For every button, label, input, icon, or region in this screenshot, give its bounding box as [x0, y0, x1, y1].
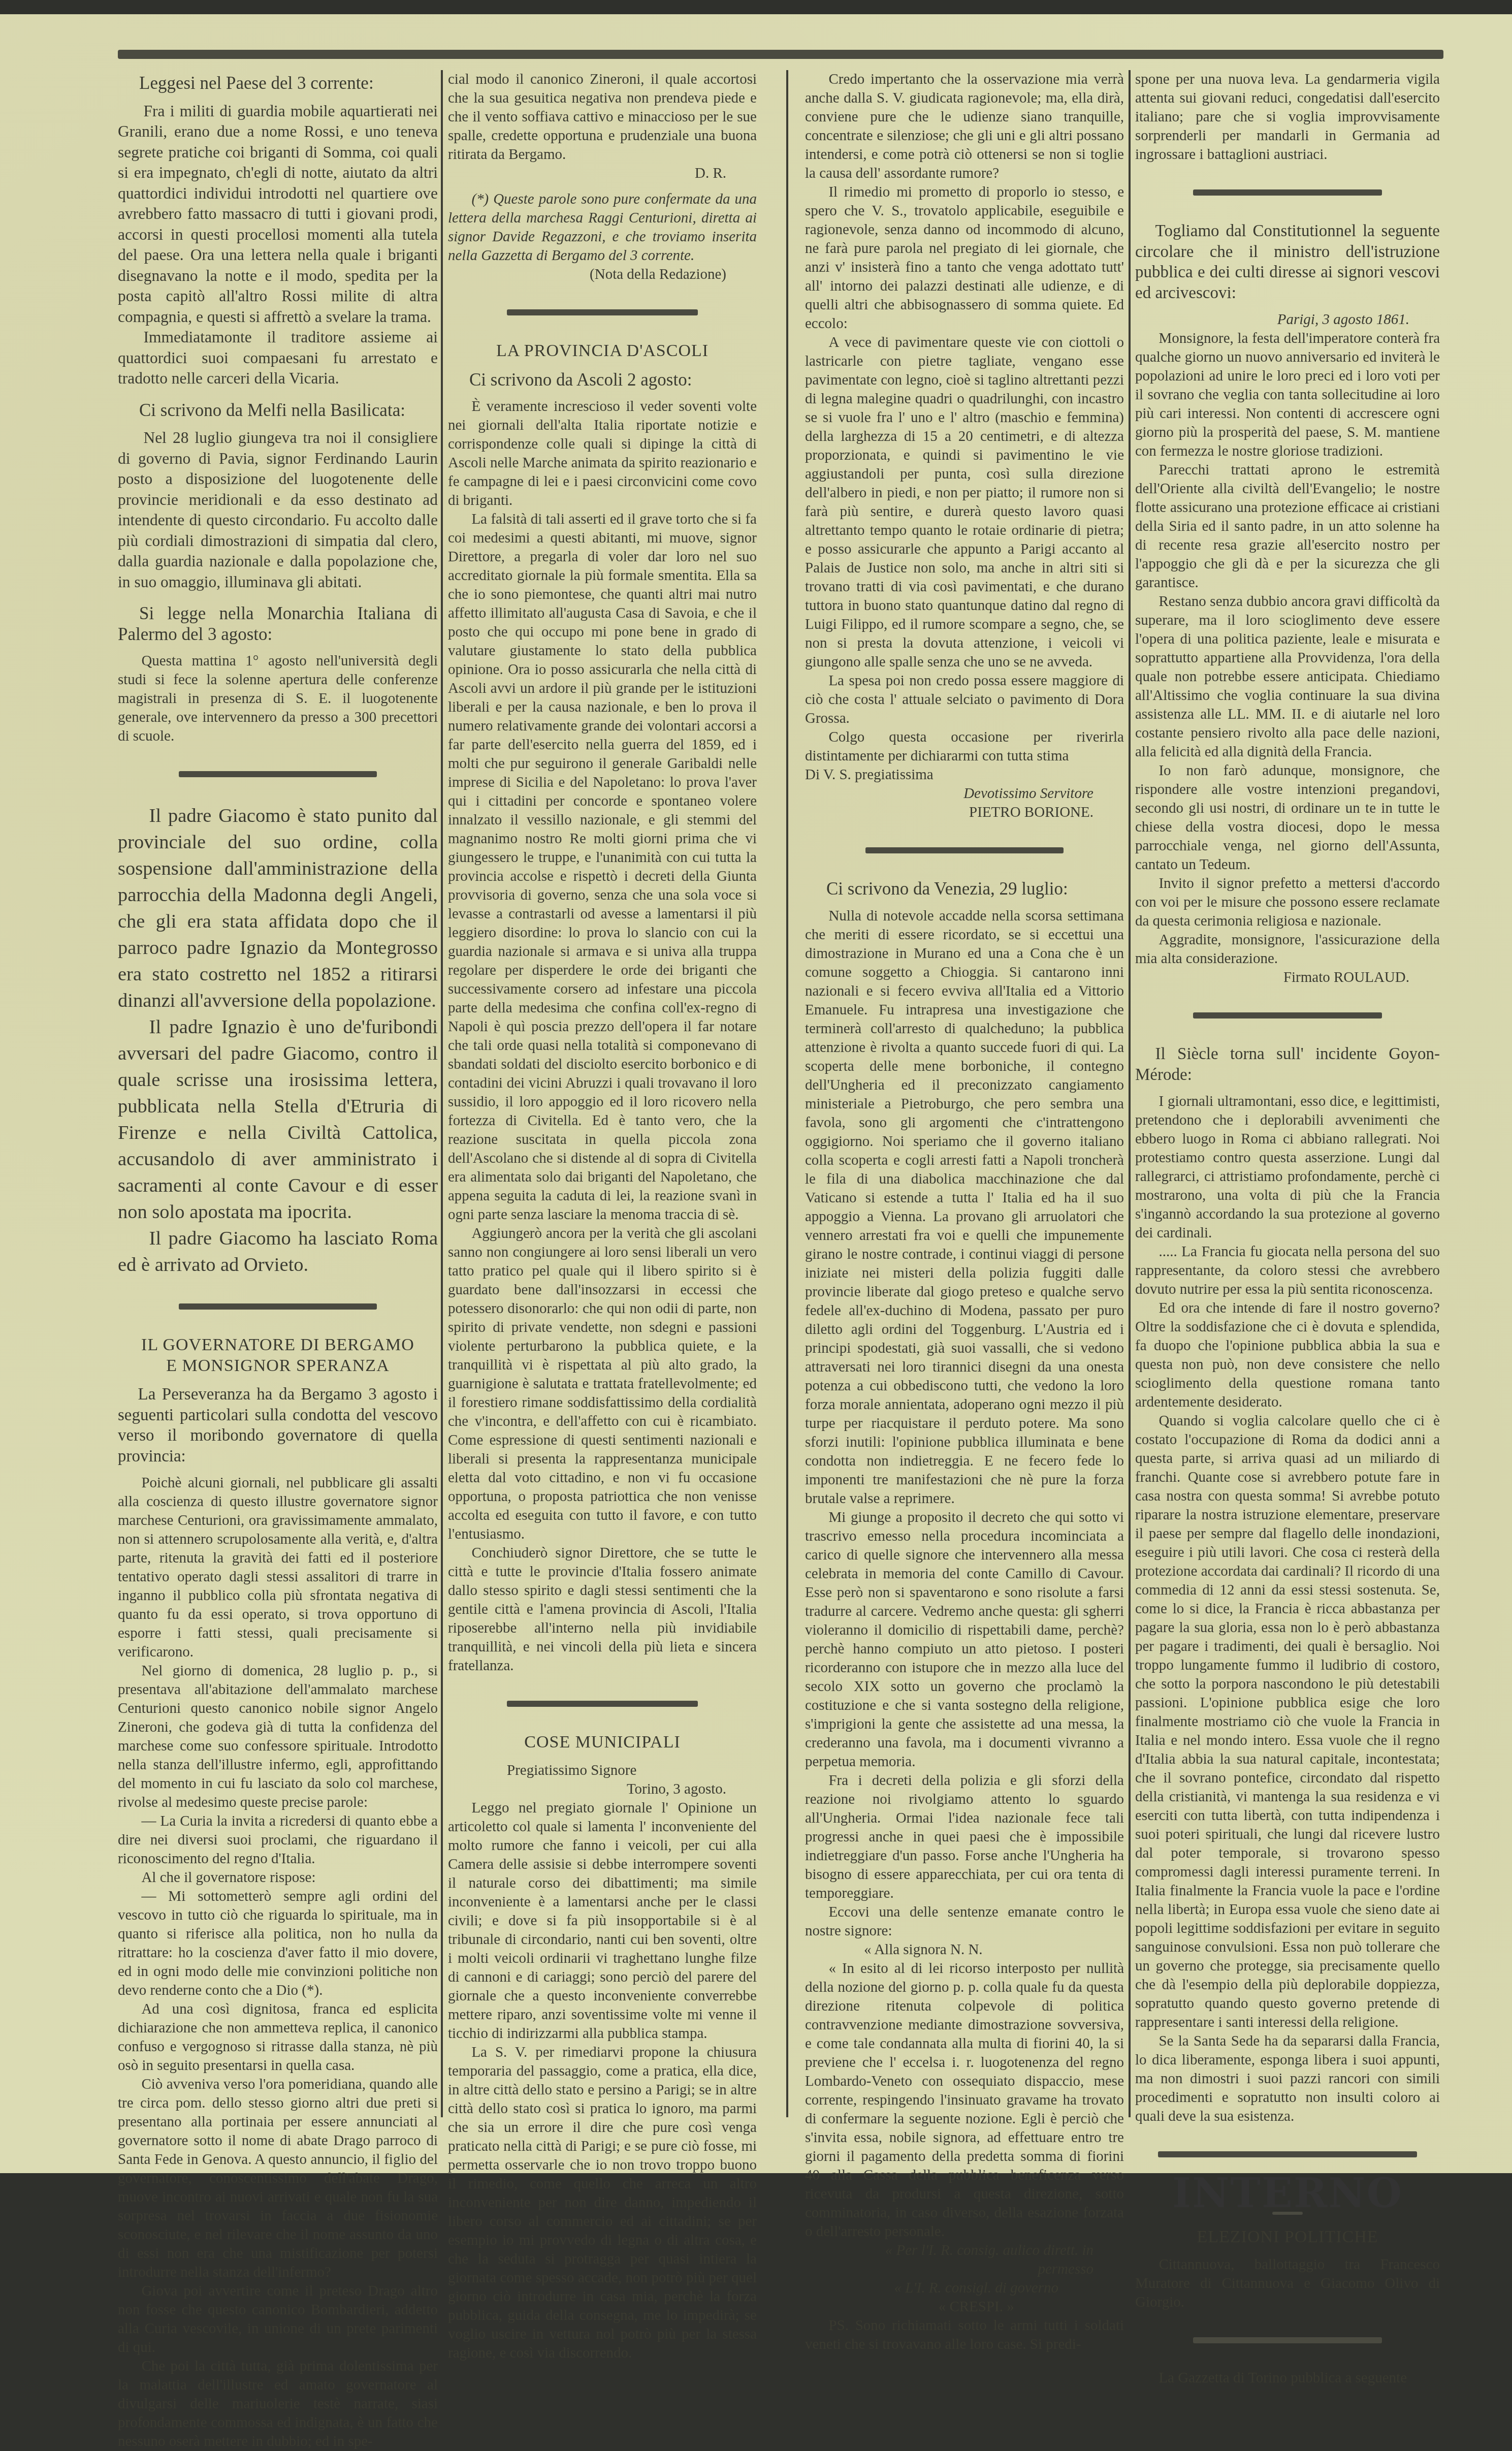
section-divider: [179, 771, 377, 777]
paragraph: Poichè alcuni giornali, nel pubblicare g…: [118, 1474, 438, 1662]
heading-monarchia: Si legge nella Monarchia Italiana di Pal…: [118, 603, 438, 645]
section-divider: [865, 847, 1063, 853]
paragraph: Al che il governatore rispose:: [118, 1868, 438, 1887]
paragraph: Aggiungerò ancora per la verità che gli …: [448, 1224, 757, 1544]
paragraph: — La Curia la invita a ricredersi di qua…: [118, 1812, 438, 1868]
paragraph: Nel giorno di domenica, 28 luglio p. p.,…: [118, 1662, 438, 1812]
dateline: Parigi, 3 agosto 1861.: [1135, 310, 1440, 329]
signature-name: PIETRO BORIONE.: [805, 803, 1124, 822]
column-1: Leggesi nel Paese del 3 corrente: Fra i …: [118, 70, 438, 2115]
paragraph: ..... La Francia fu giocata nella person…: [1135, 1243, 1440, 1299]
section-divider: [179, 1303, 377, 1310]
signature-line: Devotissimo Servitore: [805, 784, 1124, 803]
signature: D. R.: [448, 164, 757, 183]
article-title: COSE MUNICIPALI: [448, 1732, 757, 1753]
article-title: IL GOVERNATORE DI BERGAMO: [118, 1335, 438, 1356]
paragraph: Restano senza dubbio ancora gravi diffic…: [1135, 592, 1440, 761]
paragraph: Il padre Ignazio è uno de'furibondi avve…: [118, 1014, 438, 1225]
section-divider: [1158, 2151, 1417, 2157]
section-divider: [507, 309, 698, 315]
signature: Firmato ROULAUD.: [1135, 968, 1440, 987]
paragraph: Mi giunge a proposito il decreto che qui…: [805, 1508, 1124, 1771]
paragraph: « In esito al di lei ricorso interposto …: [805, 1959, 1124, 2174]
paragraph: È veramente increscioso il veder soventi…: [448, 397, 757, 510]
paragraph: Io non farò adunque, monsignore, che ris…: [1135, 761, 1440, 874]
paragraph: La Perseveranza ha da Bergamo 3 agosto i…: [118, 1384, 438, 1467]
paragraph: Ad una così dignitosa, franca ed esplici…: [118, 2000, 438, 2075]
paragraph: Conchiuderò signor Direttore, che se tut…: [448, 1544, 757, 1675]
paragraph: La falsità di tali asserti ed il grave t…: [448, 510, 757, 1224]
paragraph: Il padre Giacomo ha lasciato Roma ed è a…: [118, 1225, 438, 1278]
paragraph: Il padre Giacomo è stato punito dal prov…: [118, 803, 438, 1014]
paragraph: Nel 28 luglio giungeva tra noi il consig…: [118, 428, 438, 592]
paragraph: Colgo questa occasione per riverirla dis…: [805, 728, 1124, 766]
column-rule: [1129, 70, 1131, 2117]
paragraph: Monsignore, la festa dell'imperatore con…: [1135, 329, 1440, 461]
footnote-signature: (Nota della Redazione): [448, 265, 757, 284]
paragraph: Leggo nel pregiato giornale l' Opinione …: [448, 1799, 757, 2043]
column-rule: [786, 70, 788, 2117]
section-divider: [1193, 1012, 1382, 1018]
paragraph: La spesa poi non credo possa essere magg…: [805, 672, 1124, 728]
paragraph: Credo impertanto che la osservazione mia…: [805, 70, 1124, 183]
paragraph: Ed ora che intende di fare il nostro gov…: [1135, 1299, 1440, 1412]
paragraph: Ciò avveniva verso l'ora pomeridiana, qu…: [118, 2075, 438, 2173]
paragraph: Nulla di notevole accadde nella scorsa s…: [805, 907, 1124, 1508]
column-4: spone per una nuova leva. La gendarmeria…: [1135, 70, 1440, 2115]
paragraph: Questa mattina 1° agosto nell'università…: [118, 652, 438, 746]
heading-melfi: Ci scrivono da Melfi nella Basilicata:: [118, 400, 438, 421]
paragraph: cial modo il canonico Zineroni, il quale…: [448, 70, 757, 164]
column-2: cial modo il canonico Zineroni, il quale…: [448, 70, 757, 2115]
paragraph: I giornali ultramontani, esso dice, e le…: [1135, 1092, 1440, 1243]
section-divider: [1193, 189, 1382, 196]
paragraph: spone per una nuova leva. La gendarmeria…: [1135, 70, 1440, 164]
top-rule: [118, 50, 1443, 59]
paragraph: Fra i decreti della polizia e gli sforzi…: [805, 1771, 1124, 1903]
paragraph: La S. V. per rimediarvi propone la chius…: [448, 2043, 757, 2174]
footnote: (*) Queste parole sono pure confermate d…: [448, 190, 757, 265]
paragraph: Il rimedio mi prometto di proporlo io st…: [805, 183, 1124, 333]
paragraph: Fra i militi di guardia mobile aquartier…: [118, 101, 438, 328]
paragraph: Invito il signor prefetto a mettersi d'a…: [1135, 874, 1440, 931]
salutation: Pregiatissimo Signore: [448, 1761, 757, 1780]
newspaper-page: Leggesi nel Paese del 3 corrente: Fra i …: [0, 14, 1512, 2173]
closing: Di V. S. pregiatissima: [805, 766, 1124, 784]
subheading: Ci scrivono da Ascoli 2 agosto:: [448, 370, 757, 391]
section-divider: [507, 1701, 698, 1707]
paragraph: Se la Santa Sede ha da separarsi dalla F…: [1135, 2032, 1440, 2126]
paragraph: Il Siècle torna sull' incidente Goyon-Mé…: [1135, 1044, 1440, 1085]
article-title-2: E MONSIGNOR SPERANZA: [118, 1356, 438, 1377]
paragraph: Eccovi una delle sentenze emanate contro…: [805, 1903, 1124, 1940]
paragraph: A vece di pavimentare queste vie con cio…: [805, 333, 1124, 672]
paragraph: — Mi sottometterò sempre agli ordini del…: [118, 1887, 438, 2000]
column-rule: [441, 70, 443, 2117]
paragraph: Aggradite, monsignore, l'assicurazione d…: [1135, 931, 1440, 968]
paragraph: Parecchi trattati aprono le estremità de…: [1135, 461, 1440, 592]
subheading: Ci scrivono da Venezia, 29 luglio:: [805, 879, 1124, 900]
paragraph: Immediatamonte il traditore assieme ai q…: [118, 327, 438, 389]
addressee: « Alla signora N. N.: [805, 1940, 1124, 1959]
heading-paese: Leggesi nel Paese del 3 corrente:: [118, 73, 438, 94]
paragraph: Togliamo dal Constitutionnel la seguente…: [1135, 221, 1440, 303]
dateline: Torino, 3 agosto.: [448, 1780, 757, 1799]
paragraph: Quando si voglia calcolare quello che ci…: [1135, 1412, 1440, 2032]
article-title: LA PROVINCIA D'ASCOLI: [448, 341, 757, 362]
column-3: Credo impertanto che la osservazione mia…: [805, 70, 1124, 2115]
